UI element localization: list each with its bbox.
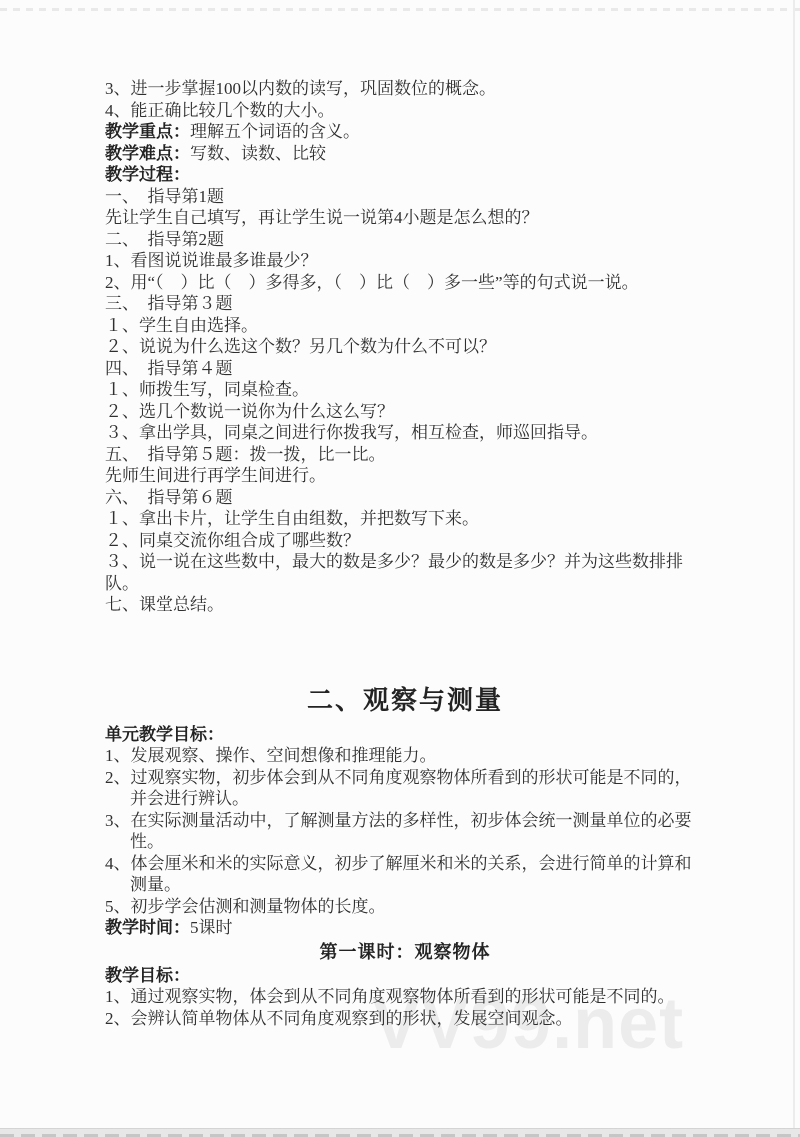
text-line: ２、说说为什么选这个数？另几个数为什么不可以？ [105,336,705,358]
text-line: 1、看图说说谁最多谁最少？ [105,250,705,272]
text-line: 并会进行辨认。 [105,788,705,810]
line-label: 教学难点： [105,144,190,163]
scan-bottom-edge [0,1128,800,1137]
text-line: 3、进一步掌握100以内数的读写，巩固数位的概念。 [105,78,705,100]
lesson-heading: 第一课时：观察物体 [105,941,705,963]
text-line: 1、通过观察实物，体会到从不同角度观察物体所看到的形状可能是不同的。 [105,986,705,1008]
text-line: 六、 指导第６题 [105,487,705,509]
text-line: 4、能正确比较几个数的大小。 [105,100,705,122]
text-line: 单元教学目标： [105,724,705,746]
text-line: 先让学生自己填写，再让学生说一说第4小题是怎么想的？ [105,207,705,229]
text-line: 1、发展观察、操作、空间想像和推理能力。 [105,745,705,767]
text-line: ２、同桌交流你组合成了哪些数？ [105,530,705,552]
text-line: 三、 指导第３题 [105,293,705,315]
text-line: 5、初步学会估测和测量物体的长度。 [105,896,705,918]
document-page: VV99.net 3、进一步掌握100以内数的读写，巩固数位的概念。4、能正确比… [0,0,800,1137]
text-line: 4、体会厘米和米的实际意义，初步了解厘米和米的关系，会进行简单的计算和 [105,853,705,875]
line-label: 教学重点： [105,122,190,141]
text-line: １、拿出卡片，让学生自由组数，并把数写下来。 [105,508,705,530]
text-line: 性。 [105,831,705,853]
text-line: 教学时间：5课时 [105,917,705,939]
text-line: ３、拿出学具，同桌之间进行你拨我写，相互检查，师巡回指导。 [105,422,705,444]
text-line: ２、选几个数说一说你为什么这么写？ [105,401,705,423]
text-line: 一、 指导第1题 [105,186,705,208]
text-line: 测量。 [105,874,705,896]
text-line: 二、 指导第2题 [105,229,705,251]
line-text: 5课时 [190,918,233,937]
text-line: 四、 指导第４题 [105,358,705,380]
text-line: ３、说一说在这些数中，最大的数是多少？最少的数是多少？并为这些数排排 [105,551,705,573]
text-line: １、师拨生写，同桌检查。 [105,379,705,401]
text-line: 队。 [105,573,705,595]
line-text: 理解五个词语的含义。 [190,122,360,141]
document-body: 3、进一步掌握100以内数的读写，巩固数位的概念。4、能正确比较几个数的大小。教… [0,0,800,1029]
text-line: １、学生自由选择。 [105,315,705,337]
text-line: 五、 指导第５题：拨一拨，比一比。 [105,444,705,466]
text-line: 先师生间进行再学生间进行。 [105,465,705,487]
text-line: 教学过程： [105,164,705,186]
text-line: 2、过观察实物，初步体会到从不同角度观察物体所看到的形状可能是不同的， [105,767,705,789]
text-line: 教学重点：理解五个词语的含义。 [105,121,705,143]
line-text: 写数、读数、比较 [190,144,326,163]
text-line: 3、在实际测量活动中，了解测量方法的多样性，初步体会统一测量单位的必要 [105,810,705,832]
text-line: 教学目标： [105,965,705,987]
text-line: 2、会辨认简单物体从不同角度观察到的形状，发展空间观念。 [105,1008,705,1030]
text-line: 七、课堂总结。 [105,594,705,616]
text-line: 教学难点：写数、读数、比较 [105,143,705,165]
line-label: 教学时间： [105,918,190,937]
text-line: 2、用“（ ）比（ ）多得多，（ ）比（ ）多一些”等的句式说一说。 [105,272,705,294]
section-heading: 二、观察与测量 [105,684,705,718]
